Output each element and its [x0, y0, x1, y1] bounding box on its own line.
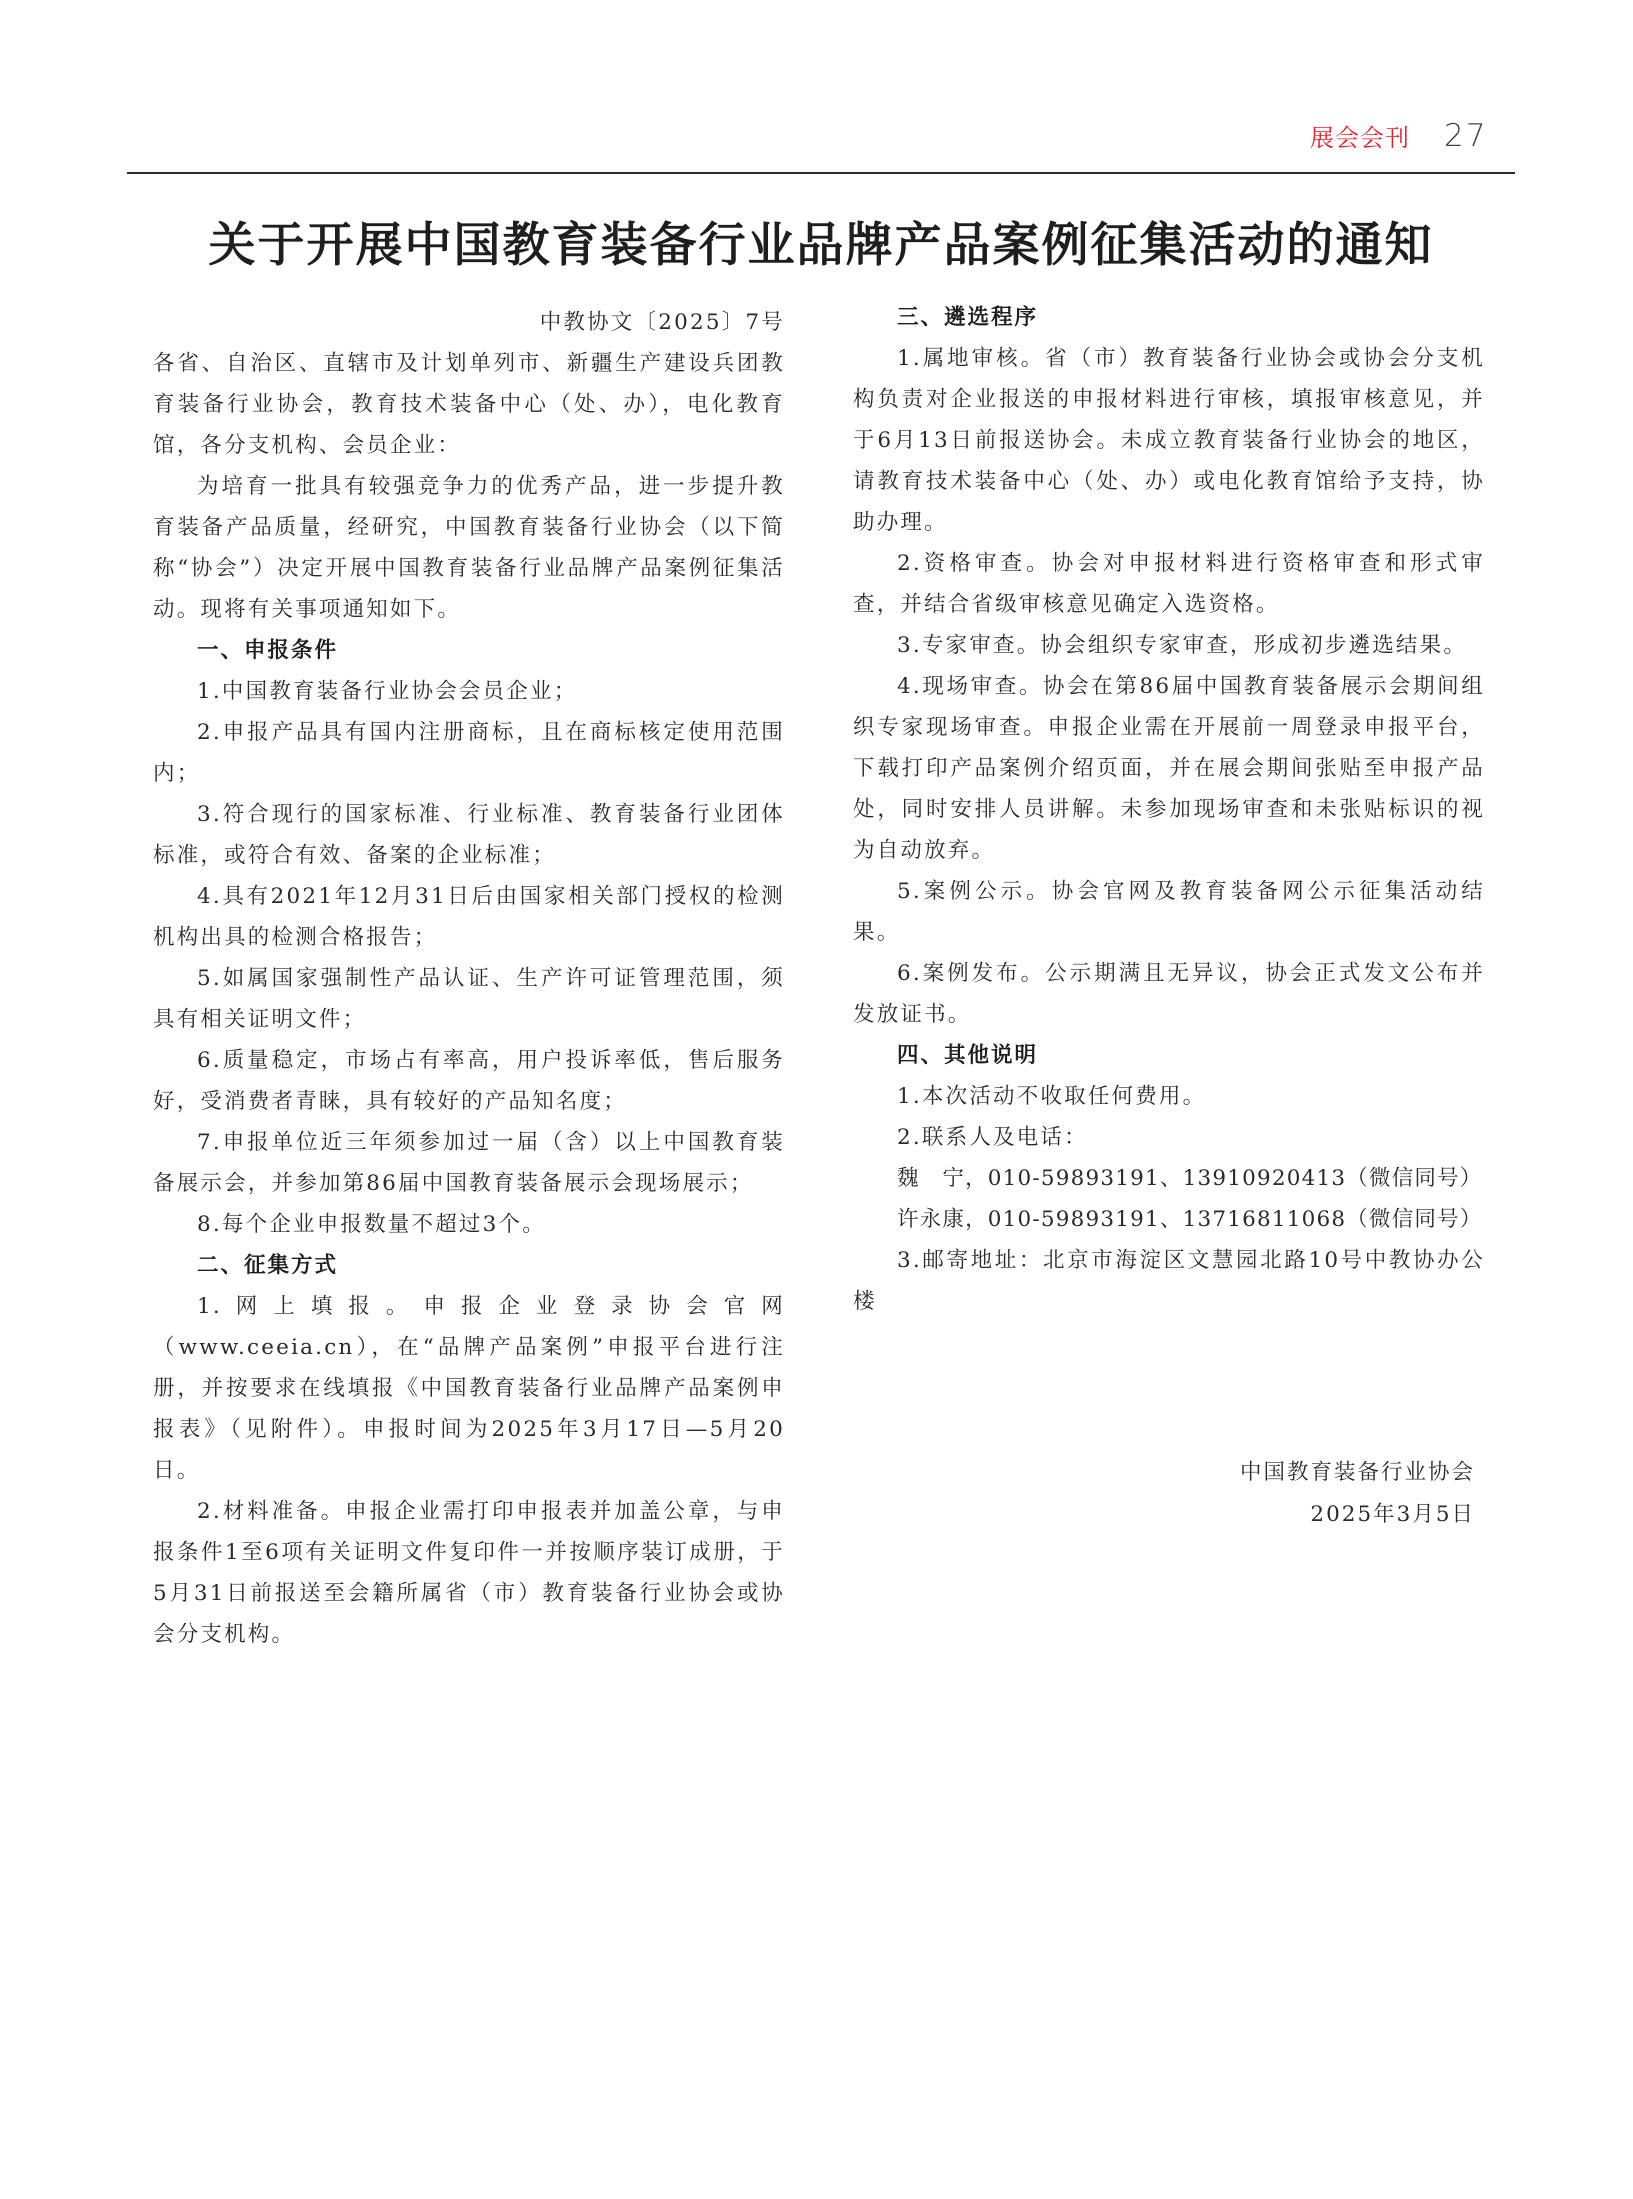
document-title: 关于开展中国教育装备行业品牌产品案例征集活动的通知 — [127, 208, 1515, 275]
selection-item: 6.案例发布。公示期满且无异议，协会正式发文公布并发放证书。 — [853, 953, 1485, 1035]
condition-item: 8.每个企业申报数量不超过3个。 — [153, 1204, 785, 1245]
signature-block: 中国教育装备行业协会 2025年3月5日 — [1150, 1452, 1475, 1536]
header-rule — [127, 172, 1515, 174]
section-heading-other: 四、其他说明 — [853, 1035, 1485, 1076]
right-column: 三、遴选程序 1.属地审核。省（市）教育装备行业协会或协会分支机构负责对企业报送… — [853, 297, 1485, 1322]
collection-item: 2.材料准备。申报企业需打印申报表并加盖公章，与申报条件1至6项有关证明文件复印… — [153, 1491, 785, 1655]
intro-paragraph: 为培育一批具有较强竞争力的优秀产品，进一步提升教育装备产品质量，经研究，中国教育… — [153, 466, 785, 630]
running-head: 展会会刊 27 — [1310, 118, 1487, 162]
condition-item: 7.申报单位近三年须参加过一届（含）以上中国教育装备展示会，并参加第86届中国教… — [153, 1122, 785, 1204]
contact-person: 魏 宁，010-59893191、13910920413（微信同号） — [853, 1158, 1485, 1199]
contact-person: 许永康，010-59893191、13716811068（微信同号） — [853, 1199, 1485, 1240]
left-column: 中教协文〔2025〕7号 各省、自治区、直辖市及计划单列市、新疆生产建设兵团教育… — [153, 302, 785, 1655]
other-item: 2.联系人及电话： — [853, 1117, 1485, 1158]
condition-item: 6.质量稳定，市场占有率高，用户投诉率低，售后服务好，受消费者青睐，具有较好的产… — [153, 1040, 785, 1122]
condition-item: 3.符合现行的国家标准、行业标准、教育装备行业团体标准，或符合有效、备案的企业标… — [153, 794, 785, 876]
section-heading-selection: 三、遴选程序 — [853, 297, 1485, 338]
page-number: 27 — [1444, 118, 1487, 154]
other-item: 1.本次活动不收取任何费用。 — [853, 1076, 1485, 1117]
signature-date: 2025年3月5日 — [1150, 1494, 1475, 1536]
recipients: 各省、自治区、直辖市及计划单列市、新疆生产建设兵团教育装备行业协会，教育技术装备… — [153, 343, 785, 466]
condition-item: 4.具有2021年12月31日后由国家相关部门授权的检测机构出具的检测合格报告； — [153, 876, 785, 958]
mailing-address: 3.邮寄地址：北京市海淀区文慧园北路10号中教协办公楼 — [853, 1240, 1485, 1322]
signature-organization: 中国教育装备行业协会 — [1150, 1452, 1475, 1494]
selection-item: 5.案例公示。协会官网及教育装备网公示征集活动结果。 — [853, 871, 1485, 953]
condition-item: 1.中国教育装备行业协会会员企业； — [153, 671, 785, 712]
selection-item: 4.现场审查。协会在第86届中国教育装备展示会期间组织专家现场审查。申报企业需在… — [853, 666, 1485, 871]
selection-item: 1.属地审核。省（市）教育装备行业协会或协会分支机构负责对企业报送的申报材料进行… — [853, 338, 1485, 543]
selection-item: 2.资格审查。协会对申报材料进行资格审查和形式审查，并结合省级审核意见确定入选资… — [853, 543, 1485, 625]
condition-item: 2.申报产品具有国内注册商标，且在商标核定使用范围内； — [153, 712, 785, 794]
section-heading-conditions: 一、申报条件 — [153, 630, 785, 671]
selection-item: 3.专家审查。协会组织专家审查，形成初步遴选结果。 — [853, 625, 1485, 666]
running-head-section: 展会会刊 — [1310, 118, 1410, 153]
condition-item: 5.如属国家强制性产品认证、生产许可证管理范围，须具有相关证明文件； — [153, 958, 785, 1040]
collection-item: 1.网上填报。申报企业登录协会官网（www.ceeia.cn），在“品牌产品案例… — [153, 1286, 785, 1491]
section-heading-collection: 二、征集方式 — [153, 1245, 785, 1286]
document-number: 中教协文〔2025〕7号 — [153, 302, 785, 343]
